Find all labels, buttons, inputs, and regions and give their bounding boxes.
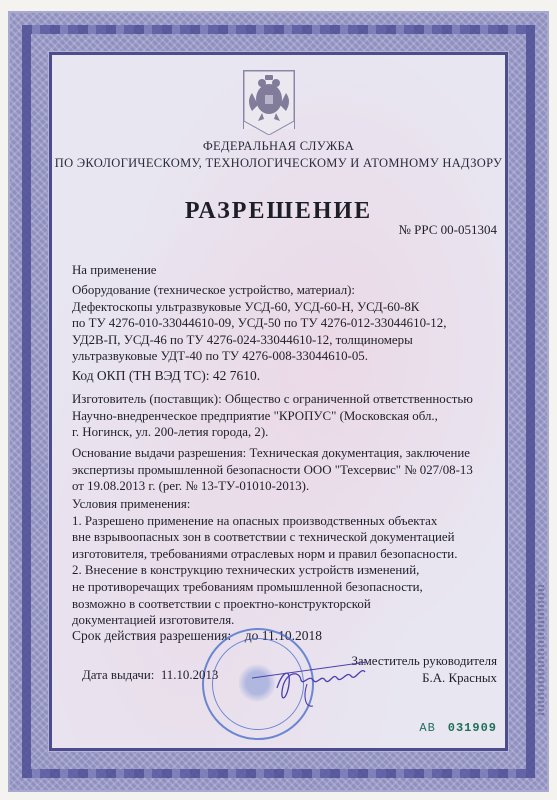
- equipment-line: ультразвуковые УДТ-40 по ТУ 4276-008-330…: [72, 348, 504, 365]
- condition-line: 1. Разрешено применение на опасных произ…: [72, 513, 504, 530]
- manufacturer-section: Изготовитель (поставщик): Общество с огр…: [72, 391, 504, 441]
- manufacturer-line: Научно-внедренческое предприятие "КРОПУС…: [72, 408, 504, 425]
- serial-series: АВ: [419, 721, 435, 735]
- basis-line: Основание выдачи разрешения: Техническая…: [72, 445, 504, 462]
- form-serial-number: АВ031909: [419, 721, 497, 735]
- handwritten-signature-icon: [247, 640, 387, 710]
- equipment-line: по ТУ 4276-010-33044610-09, УСД-50 по ТУ…: [72, 315, 504, 332]
- serial-number: 031909: [448, 721, 497, 735]
- equipment-section: Оборудование (техническое устройство, ма…: [72, 282, 504, 365]
- manufacturer-line: Изготовитель (поставщик): Общество с огр…: [72, 391, 504, 408]
- basis-line: экспертизы промышленной безопасности ООО…: [72, 462, 504, 479]
- condition-line: не противоречащих требованиям промышленн…: [72, 579, 504, 596]
- printer-imprint-text: [538, 585, 544, 715]
- purpose-text: На применение: [72, 262, 504, 279]
- condition-line: 2. Внесение в конструкцию технических ус…: [72, 562, 504, 579]
- equipment-label: Оборудование (техническое устройство, ма…: [72, 282, 504, 299]
- okp-code: Код ОКП (ТН ВЭД ТС): 42 7610.: [72, 368, 504, 385]
- basis-section: Основание выдачи разрешения: Техническая…: [72, 445, 504, 495]
- condition-line: изготовителя, требованиями отраслевых но…: [72, 546, 504, 563]
- conditions-heading: Условия применения:: [72, 496, 504, 513]
- agency-name-line1: ФЕДЕРАЛЬНАЯ СЛУЖБА: [52, 138, 505, 155]
- agency-name-line2: ПО ЭКОЛОГИЧЕСКОМУ, ТЕХНОЛОГИЧЕСКОМУ И АТ…: [52, 155, 505, 172]
- equipment-line: Дефектоскопы ультразвуковые УСД-60, УСД-…: [72, 299, 504, 316]
- conditions-section: Условия применения: 1. Разрешено примене…: [72, 496, 504, 629]
- manufacturer-line: г. Ногинск, ул. 200-летия города, 2).: [72, 424, 504, 441]
- condition-line: вне взрывоопасных зон в соответствии с т…: [72, 529, 504, 546]
- condition-line: возможно в соответствии с проектно-конст…: [72, 596, 504, 613]
- equipment-line: УД2В-П, УСД-46 по ТУ 4276-024-33044610-1…: [72, 332, 504, 349]
- condition-line: документацией изготовителя.: [72, 612, 504, 629]
- basis-line: от 19.08.2013 г. (рег. № 13-ТУ-01010-201…: [72, 478, 504, 495]
- permit-number: № РРС 00-051304: [398, 222, 497, 238]
- certificate-body: ФЕДЕРАЛЬНАЯ СЛУЖБА ПО ЭКОЛОГИЧЕСКОМУ, ТЕ…: [52, 55, 505, 748]
- document-title: РАЗРЕШЕНИЕ: [52, 198, 505, 225]
- coat-of-arms-icon: [243, 70, 295, 129]
